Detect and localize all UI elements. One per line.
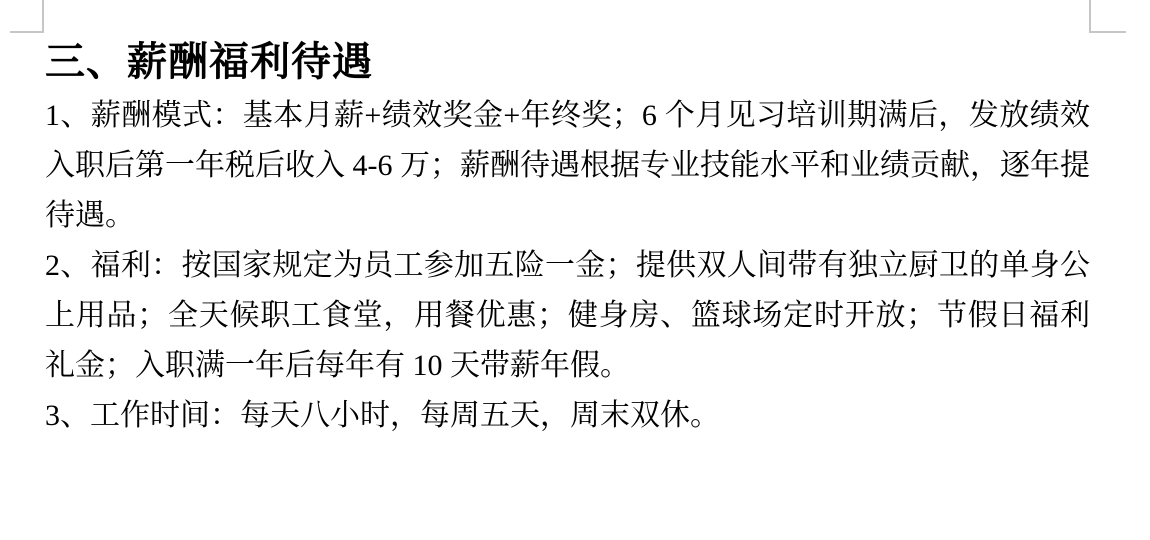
document-body: 三、薪酬福利待遇 1、薪酬模式：基本月薪+绩效奖金+年终奖；6 个月见习培训期满… [45,33,1090,441]
document-page: 三、薪酬福利待遇 1、薪酬模式：基本月薪+绩效奖金+年终奖；6 个月见习培训期满… [0,0,1150,540]
text-line-working-hours-1[interactable]: 3、工作时间：每天八小时，每周五天，周末双休。 [45,391,1090,441]
text-line-benefits-2[interactable]: 上用品；全天候职工食堂，用餐优惠；健身房、篮球场定时开放；节假日福利及生日 [45,291,1090,341]
paragraph-salary-model: 1、薪酬模式：基本月薪+绩效奖金+年终奖；6 个月见习培训期满后，发放绩效奖金；… [45,91,1090,241]
text-boundary-mark-top-left [10,0,44,33]
text-line-salary-1[interactable]: 1、薪酬模式：基本月薪+绩效奖金+年终奖；6 个月见习培训期满后，发放绩效奖金； [45,91,1090,141]
text-line-salary-3[interactable]: 待遇。 [45,191,1090,241]
text-boundary-mark-top-right [1089,0,1126,33]
text-line-benefits-1[interactable]: 2、福利：按国家规定为员工参加五险一金；提供双人间带有独立厨卫的单身公寓及床 [45,241,1090,291]
text-line-salary-2[interactable]: 入职后第一年税后收入 4-6 万；薪酬待遇根据专业技能水平和业绩贡献，逐年提升薪… [45,141,1090,191]
section-heading[interactable]: 三、薪酬福利待遇 [45,33,1090,91]
text-line-benefits-3[interactable]: 礼金；入职满一年后每年有 10 天带薪年假。 [45,341,1090,391]
paragraph-working-hours: 3、工作时间：每天八小时，每周五天，周末双休。 [45,391,1090,441]
paragraph-benefits: 2、福利：按国家规定为员工参加五险一金；提供双人间带有独立厨卫的单身公寓及床 上… [45,241,1090,391]
